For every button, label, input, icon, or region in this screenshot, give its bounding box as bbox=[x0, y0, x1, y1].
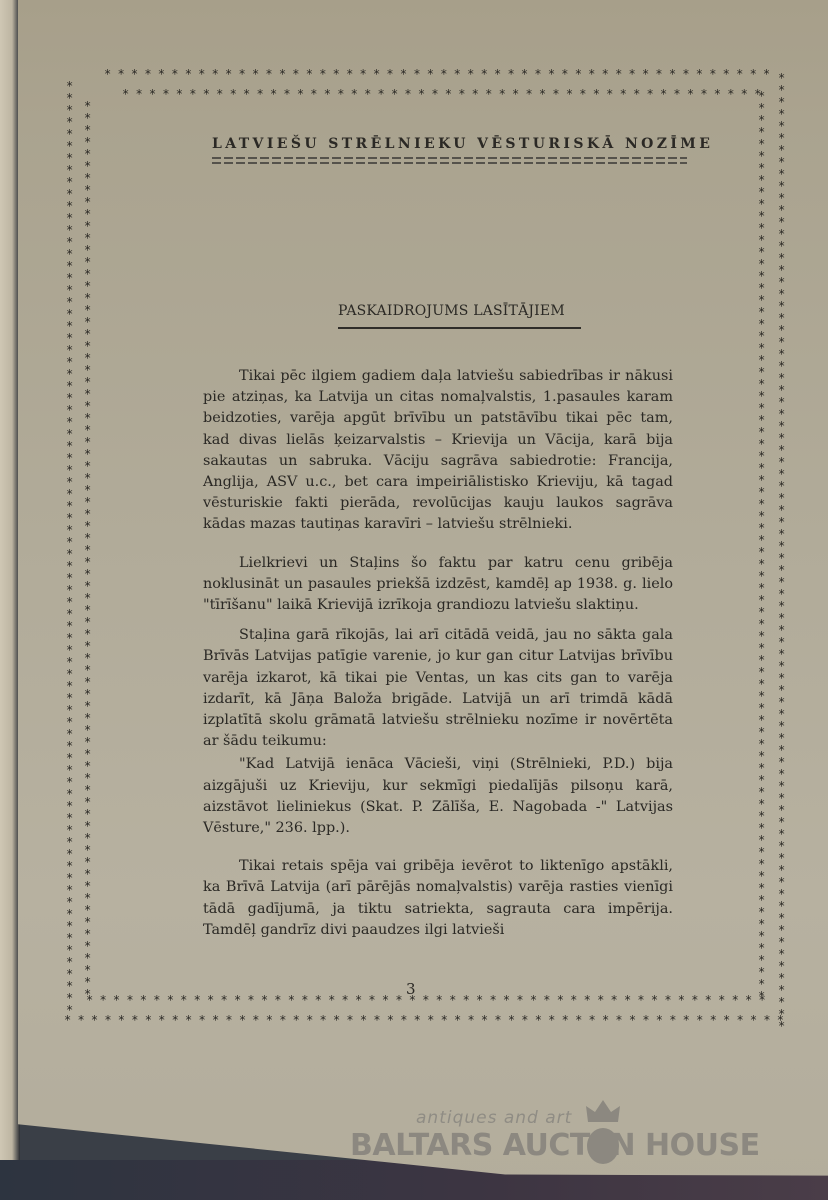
watermark-brand: BALTARS AUCTI N HOUSE bbox=[350, 1128, 760, 1163]
border-left-outer: ****************************************… bbox=[66, 80, 78, 1015]
paragraph: Lielkrievi un Staļins šo faktu par katru… bbox=[203, 553, 673, 617]
quotation: "Kad Latvijā ienāca Vācieši, viņi (Strēl… bbox=[203, 754, 673, 839]
title-double-rule bbox=[212, 157, 687, 167]
watermark-tagline: antiques and art bbox=[416, 1108, 572, 1128]
border-bottom-outer: * * * * * * * * * * * * * * * * * * * * … bbox=[64, 1014, 790, 1026]
paragraph: Tikai retais spēja vai gribēja ievērot t… bbox=[203, 856, 673, 941]
page-title: LATVIEŠU STRĒLNIEKU VĒSTURISKĀ NOZĪME bbox=[212, 136, 692, 152]
border-right-outer: ****************************************… bbox=[778, 72, 790, 1032]
heading-underline bbox=[338, 327, 581, 329]
border-top-outer: * * * * * * * * * * * * * * * * * * * * … bbox=[104, 68, 769, 80]
book-spine-edge bbox=[0, 0, 20, 1200]
crown-icon bbox=[586, 1100, 620, 1122]
body-text: Tikai pēc ilgiem gadiem daļa latviešu sa… bbox=[203, 366, 673, 941]
border-top-inner: * * * * * * * * * * * * * * * * * * * * … bbox=[122, 88, 762, 100]
globe-o-icon bbox=[587, 1128, 619, 1164]
border-bottom-inner: * * * * * * * * * * * * * * * * * * * * … bbox=[86, 994, 766, 1006]
border-right-inner: ****************************************… bbox=[758, 90, 770, 1002]
page-number: 3 bbox=[406, 980, 416, 998]
section-heading: PASKAIDROJUMS LASĪTĀJIEM bbox=[338, 303, 582, 319]
paragraph: Tikai pēc ilgiem gadiem daļa latviešu sa… bbox=[203, 366, 673, 536]
border-left-inner: ****************************************… bbox=[84, 100, 96, 995]
paragraph: Staļina garā rīkojās, lai arī citādā vei… bbox=[203, 625, 673, 752]
